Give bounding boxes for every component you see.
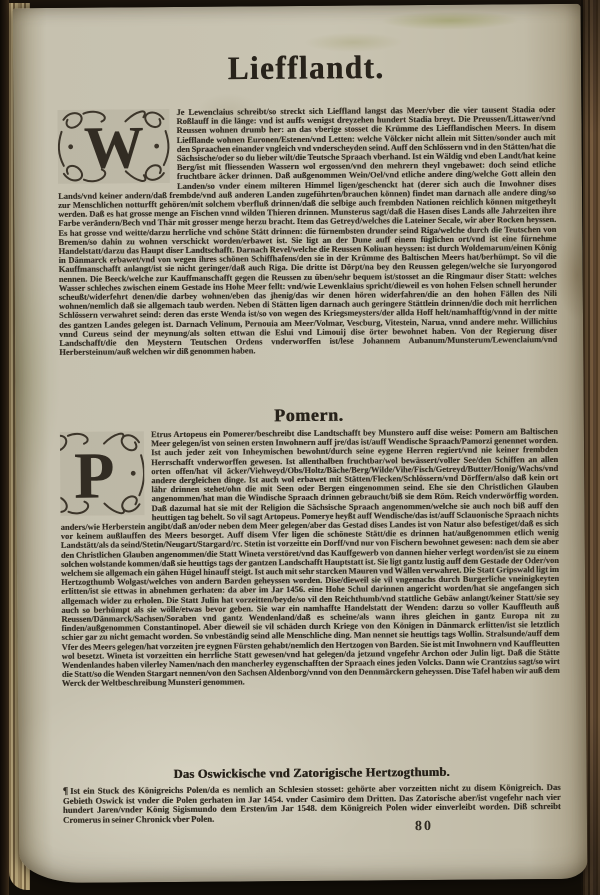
paragraph-oswick: ¶Ist ein Stuck des Königreichs Polen/da … — [63, 783, 561, 825]
paragraph-text: Ist ein Stuck des Königreichs Polen/da e… — [63, 783, 561, 825]
paragraph-liefflandt: W Je Lewenclaius schreibt/so streckt sic… — [57, 105, 557, 357]
book-spine-edge — [0, 0, 9, 895]
page-content: Liefflandt. — [57, 4, 562, 883]
woodcut-initial-w: W — [57, 109, 170, 184]
section-title-oswick: Das Oswickische vnd Zatorigische Hertzog… — [63, 764, 561, 783]
drop-cap-letter: W — [83, 114, 144, 180]
paragraph-pomern: P Etrus Artopeus ein Pomerer/beschreibt … — [60, 427, 560, 689]
page-number: 80 — [415, 819, 433, 835]
section-title-pomern: Pomern. — [60, 403, 558, 428]
drop-cap-letter: P — [74, 439, 115, 512]
book-page: Liefflandt. — [13, 4, 588, 883]
photo-frame: Liefflandt. — [0, 0, 600, 895]
section-title-liefflandt: Liefflandt. — [57, 47, 555, 89]
woodcut-initial-p: P — [60, 431, 145, 516]
